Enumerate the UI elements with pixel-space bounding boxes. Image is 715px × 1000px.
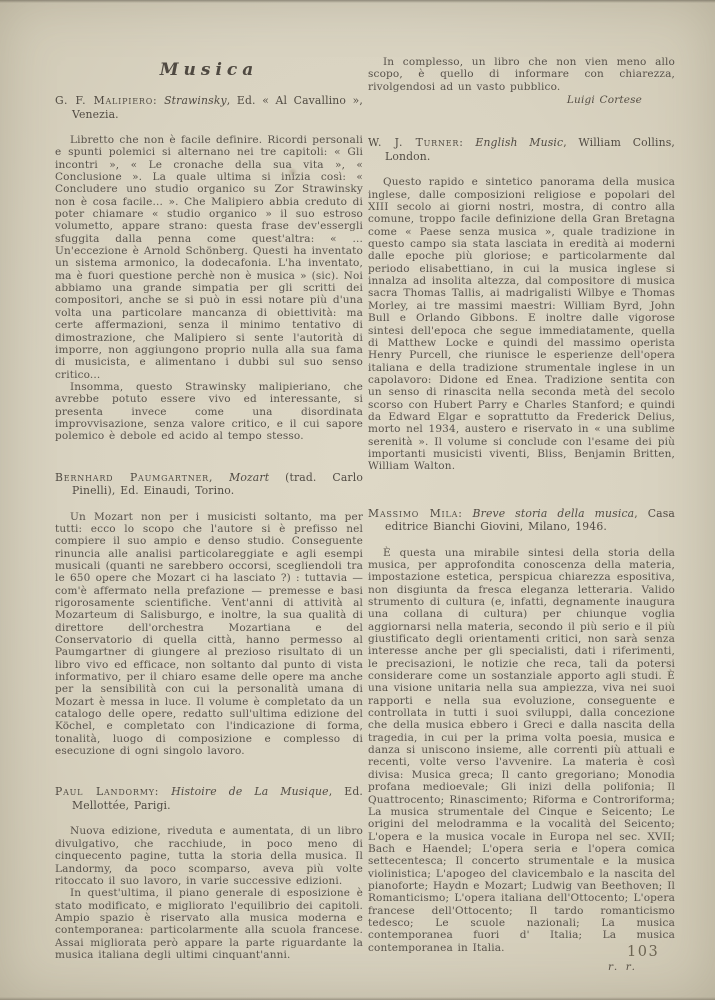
review-paragraph: Questo rapido e sintetico panorama della…: [368, 176, 675, 472]
review-book-title: Mozart: [229, 471, 269, 484]
review-book-title: Strawinsky: [164, 94, 227, 107]
review-book-title: Histoire de La Musique: [171, 785, 328, 798]
page-number: 103: [627, 944, 659, 960]
review-author: W. J. Turner:: [368, 136, 464, 149]
review-author: Massimo Mila:: [368, 507, 463, 520]
review-heading: Massimo Mila: Breve storia della musica,…: [368, 507, 675, 534]
review-heading: Bernhard Paumgartner, Mozart (trad. Carl…: [55, 471, 363, 498]
column-left: Musica G. F. Malipiero: Strawinsky, Ed. …: [55, 60, 363, 961]
review-paragraph: Nuova edizione, riveduta e aumentata, di…: [55, 825, 363, 887]
review-book-title: English Music: [475, 136, 563, 149]
review-paragraph: Insomma, questo Strawinsky malipieriano,…: [55, 381, 363, 443]
review-entry-mila: Massimo Mila: Breve storia della musica,…: [368, 507, 675, 954]
review-heading: Paul Landormy: Histoire de La Musique, E…: [55, 785, 363, 812]
review-author: Paul Landormy:: [55, 785, 159, 798]
review-paragraph: Un Mozart non per i musicisti soltanto, …: [55, 511, 363, 758]
review-paragraph: Libretto che non è facile definire. Rico…: [55, 134, 363, 381]
scan-edge-top: [0, 0, 715, 3]
review-author: Bernhard Paumgartner,: [55, 471, 213, 484]
review-paragraph: È questa una mirabile sintesi della stor…: [368, 547, 675, 954]
review-heading: W. J. Turner: English Music, William Col…: [368, 136, 675, 163]
review-entry-landormy: Paul Landormy: Histoire de La Musique, E…: [55, 785, 363, 961]
reviewer-signature-initials: r. r.: [368, 961, 675, 973]
column-right: In complesso, un libro che non vien meno…: [368, 56, 675, 973]
reviewer-signature-cortese: Luigi Cortese: [368, 94, 675, 106]
review-entry-paumgartner: Bernhard Paumgartner, Mozart (trad. Carl…: [55, 471, 363, 758]
section-title: Musica: [55, 60, 363, 80]
review-book-title: Breve storia della musica: [473, 507, 635, 520]
review-entry-malipiero: G. F. Malipiero: Strawinsky, Ed. « Al Ca…: [55, 94, 363, 443]
review-paragraph: In quest'ultima, il piano generale di es…: [55, 887, 363, 961]
scanned-book-page: Musica G. F. Malipiero: Strawinsky, Ed. …: [0, 0, 715, 1000]
intro-continuation-paragraph: In complesso, un libro che non vien meno…: [368, 56, 675, 93]
review-author: G. F. Malipiero:: [55, 94, 158, 107]
review-entry-turner: W. J. Turner: English Music, William Col…: [368, 136, 675, 472]
review-heading: G. F. Malipiero: Strawinsky, Ed. « Al Ca…: [55, 94, 363, 121]
